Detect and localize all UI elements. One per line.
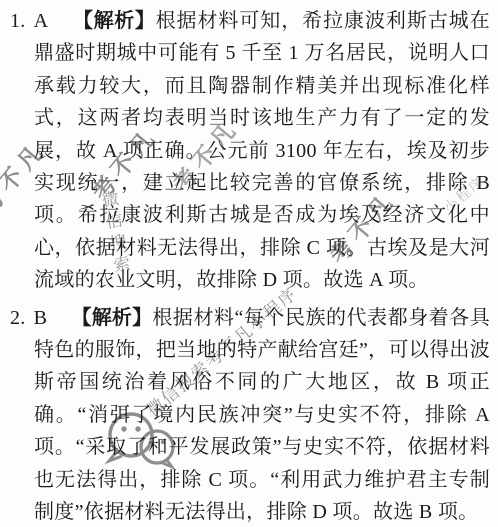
answer-letter: A (34, 10, 49, 32)
answer-item-1-paragraph: 1.A【解析】根据材料可知，希拉康波利斯古城在鼎盛时期城中可能有 5 千至 1 … (10, 5, 490, 297)
answer-item-2: 2.B【解析】根据材料“每个民族的代表都身着各具特色的服饰，把当地的特产献给宫廷… (10, 302, 490, 527)
analysis-label: 【解析】 (72, 10, 155, 32)
analysis-label: 【解析】 (71, 307, 152, 329)
analysis-text: 根据材料可知，希拉康波利斯古城在鼎盛时期城中可能有 5 千至 1 万名居民，说明… (34, 10, 490, 291)
answer-letter: B (34, 307, 48, 329)
item-number: 2. (10, 307, 26, 329)
analysis-text: 根据材料“每个民族的代表都身着各具特色的服饰，把当地的特产献给宫廷”，可以得出波… (34, 307, 490, 523)
answer-explanations: 1.A【解析】根据材料可知，希拉康波利斯古城在鼎盛时期城中可能有 5 千至 1 … (0, 0, 498, 527)
item-number: 1. (10, 10, 26, 32)
answer-item-1: 1.A【解析】根据材料可知，希拉康波利斯古城在鼎盛时期城中可能有 5 千至 1 … (10, 5, 490, 297)
answer-item-2-paragraph: 2.B【解析】根据材料“每个民族的代表都身着各具特色的服饰，把当地的特产献给宫廷… (10, 302, 490, 527)
answer-sheet-page: 考不凡 考不凡 考不凡 考不凡 微信搜索考不凡小程序 微信搜索 小程序 1.A【… (0, 0, 498, 527)
